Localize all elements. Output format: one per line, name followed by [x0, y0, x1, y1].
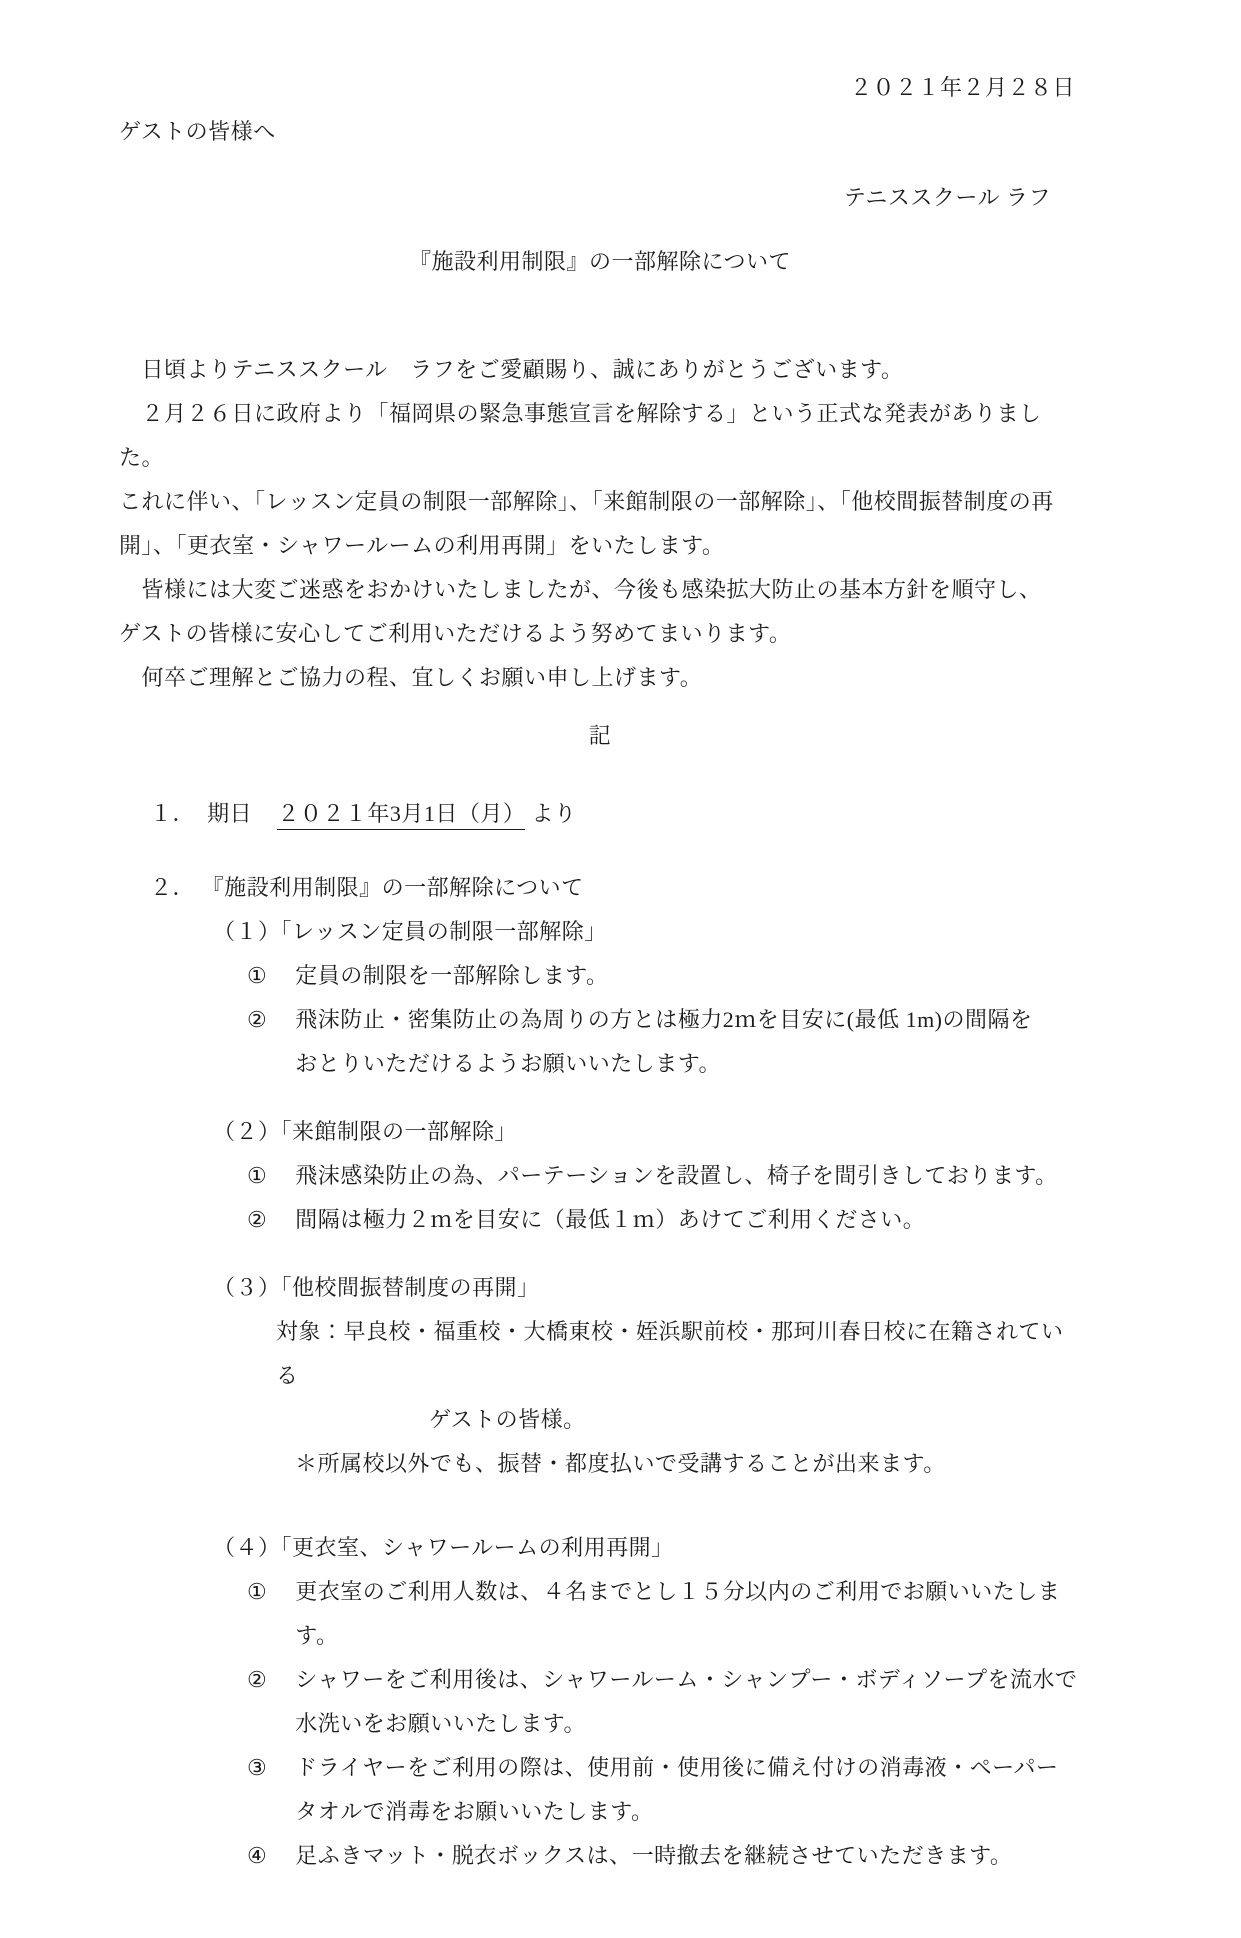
record-marker: 記 [119, 714, 1081, 758]
section-4-title: 「更衣室、シャワールームの利用再開」 [281, 1535, 674, 1560]
section-4-point-4: ④ 足ふきマット・脱衣ボックスは、一時撤去を継続させていただきます。 [119, 1834, 1081, 1878]
section-2-point-2: ② 間隔は極力２ｍを目安に（最低１ｍ）あけてご利用ください。 [119, 1198, 1081, 1242]
point-text-line: ドライヤーをご利用の際は、使用前・使用後に備え付けの消毒液・ペーパー [295, 1746, 1081, 1790]
circled-number-marker: ① [247, 1570, 267, 1614]
section-4: （４）「更衣室、シャワールームの利用再開」 ① 更衣室のご利用人数は、４名までと… [119, 1526, 1081, 1878]
section-3-number: （３） [213, 1275, 281, 1300]
circled-number-marker: ④ [247, 1834, 267, 1878]
section-4-heading: （４）「更衣室、シャワールームの利用再開」 [119, 1526, 1081, 1570]
point-text: 定員の制限を一部解除します。 [295, 963, 608, 988]
point-text-line: おとりいただけるようお願いいたします。 [295, 1042, 1081, 1086]
sender-line: テニススクール ラフ [119, 176, 1081, 220]
section-3-heading: （３）「他校間振替制度の再開」 [119, 1266, 1081, 1310]
section-1-number: （１） [213, 919, 281, 944]
circled-number-marker: ① [247, 1154, 267, 1198]
section-4-point-1: ① 更衣室のご利用人数は、４名までとし１５分以内のご利用でお願いいたします。 [119, 1570, 1081, 1658]
item-1-suffix: より [531, 801, 576, 826]
body-line: 何卒ご理解とご協力の程、宜しくお願い申し上げます。 [119, 656, 1081, 700]
section-1-title: 「レッスン定員の制限一部解除」 [281, 919, 607, 944]
section-2-point-1: ① 飛沫感染防止の為、パーテーションを設置し、椅子を間引きしております。 [119, 1154, 1081, 1198]
item-2-heading: ２．『施設利用制限』の一部解除について [119, 866, 1081, 910]
section-3: （３）「他校間振替制度の再開」 対象：早良校・福重校・大橋東校・姪浜駅前校・那珂… [119, 1266, 1081, 1486]
point-text: 間隔は極力２ｍを目安に（最低１ｍ）あけてご利用ください。 [295, 1207, 925, 1232]
body-line: 日頃よりテニススクール ラフをご愛顧賜り、誠にありがとうございます。 [119, 348, 1081, 392]
section-1-heading: （１）「レッスン定員の制限一部解除」 [119, 910, 1081, 954]
document-page: ２０２１年２月２８日 ゲストの皆様へ テニススクール ラフ 『施設利用制限』の一… [0, 0, 1241, 1938]
circled-number-marker: ① [247, 954, 267, 998]
recipient-line: ゲストの皆様へ [119, 110, 1081, 154]
section-4-point-3: ③ ドライヤーをご利用の際は、使用前・使用後に備え付けの消毒液・ペーパー タオル… [119, 1746, 1081, 1834]
section-2-title: 「来館制限の一部解除」 [281, 1119, 518, 1144]
point-text: 飛沫感染防止の為、パーテーションを設置し、椅子を間引きしております。 [295, 1163, 1057, 1188]
point-text-line: 水洗いをお願いいたします。 [295, 1702, 1081, 1746]
section-1-point-1: ① 定員の制限を一部解除します。 [119, 954, 1081, 998]
body-line: 皆様には大変ご迷惑をおかけいたしましたが、今後も感染拡大防止の基本方針を順守し、 [119, 568, 1081, 612]
item-1-effective-date: １．期日２０２１年3月1日（月）より [119, 792, 1081, 836]
body-line: ２月２６日に政府より「福岡県の緊急事態宣言を解除する」という正式な発表がありまし… [119, 392, 1081, 480]
item-1-number: １． [150, 801, 195, 826]
point-text-line: シャワーをご利用後は、シャワールーム・シャンプー・ボディソープを流水で [295, 1658, 1081, 1702]
point-text: 足ふきマット・脱衣ボックスは、一時撤去を継続させていただきます。 [295, 1843, 1012, 1868]
section-3-target-line: 対象：早良校・福重校・大橋東校・姪浜駅前校・那珂川春日校に在籍されている [119, 1310, 1081, 1398]
section-3-note: ＊所属校以外でも、振替・都度払いで受講することが出来ます。 [119, 1442, 1081, 1486]
circled-number-marker: ③ [247, 1746, 267, 1790]
item-2-number: ２． [150, 875, 195, 900]
body-line: 開」、「更衣室・シャワールームの利用再開」をいたします。 [119, 524, 1081, 568]
section-4-point-2: ② シャワーをご利用後は、シャワールーム・シャンプー・ボディソープを流水で 水洗… [119, 1658, 1081, 1746]
point-text-line: タオルで消毒をお願いいたします。 [295, 1790, 1081, 1834]
circled-number-marker: ② [247, 1658, 267, 1702]
section-3-title: 「他校間振替制度の再開」 [281, 1275, 540, 1300]
body-line: ゲストの皆様に安心してご利用いただけるよう努めてまいります。 [119, 612, 1081, 656]
effective-date-underlined: ２０２１年3月1日（月） [277, 801, 525, 830]
body-paragraphs: 日頃よりテニススクール ラフをご愛顧賜り、誠にありがとうございます。 ２月２６日… [119, 348, 1081, 700]
section-1-point-2: ② 飛沫防止・密集防止の為周りの方とは極力2ｍを目安に(最低 1m)の間隔を お… [119, 998, 1081, 1086]
body-line: これに伴い、「レッスン定員の制限一部解除」、「来館制限の一部解除」、「他校間振替… [119, 480, 1081, 524]
item-2-heading-text: 『施設利用制限』の一部解除について [213, 875, 584, 900]
section-1: （１）「レッスン定員の制限一部解除」 ① 定員の制限を一部解除します。 ② 飛沫… [119, 910, 1081, 1086]
point-text-line: 飛沫防止・密集防止の為周りの方とは極力2ｍを目安に(最低 1m)の間隔を [295, 998, 1081, 1042]
section-2-heading: （２）「来館制限の一部解除」 [119, 1110, 1081, 1154]
section-2: （２）「来館制限の一部解除」 ① 飛沫感染防止の為、パーテーションを設置し、椅子… [119, 1110, 1081, 1242]
document-date: ２０２１年２月２８日 [119, 66, 1081, 110]
section-3-target-line: ゲストの皆様。 [119, 1398, 1081, 1442]
circled-number-marker: ② [247, 1198, 267, 1242]
section-2-number: （２） [213, 1119, 281, 1144]
point-text: 更衣室のご利用人数は、４名までとし１５分以内のご利用でお願いいたします。 [295, 1579, 1060, 1648]
document-title: 『施設利用制限』の一部解除について [119, 240, 1081, 284]
circled-number-marker: ② [247, 998, 267, 1042]
item-1-label: 期日 [207, 801, 252, 826]
section-4-number: （４） [213, 1535, 281, 1560]
